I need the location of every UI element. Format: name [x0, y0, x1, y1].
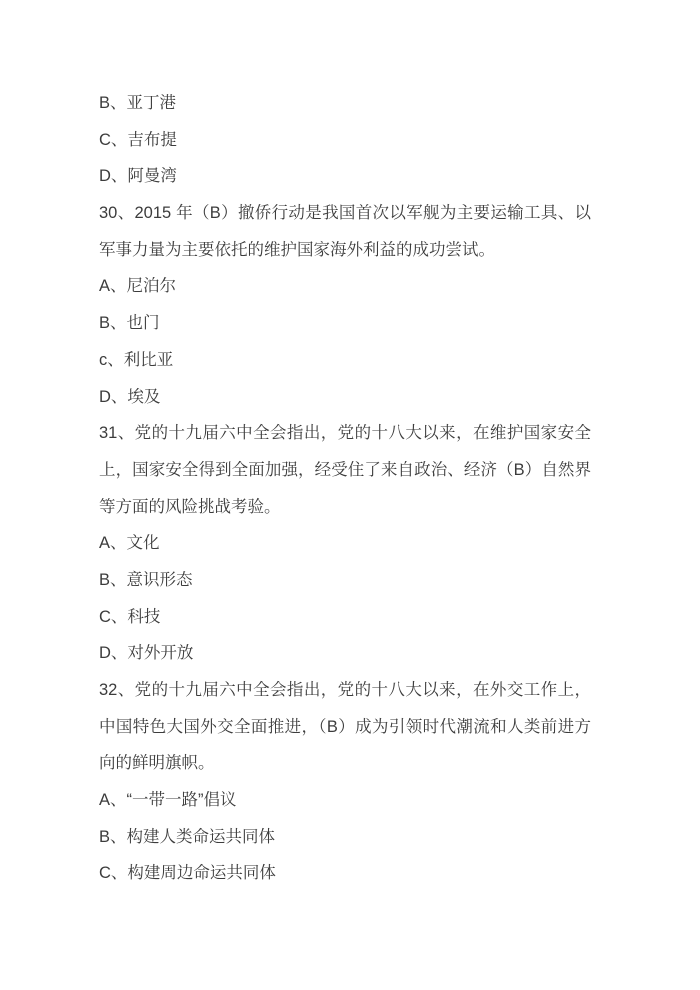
question-stem-line: 上，国家安全得到全面加强，经受住了来自政治、经济（B）自然界 — [99, 452, 591, 489]
question-stem-line: 31、党的十九届六中全会指出，党的十八大以来，在维护国家安全 — [99, 415, 591, 452]
question-stem-line: 32、党的十九届六中全会指出，党的十八大以来，在外交工作上， — [99, 672, 591, 709]
option-line: C、吉布提 — [99, 122, 591, 159]
question-stem-line: 向的鲜明旗帜。 — [99, 745, 591, 782]
option-line: A、“一带一路”倡议 — [99, 782, 591, 819]
option-line: B、亚丁港 — [99, 85, 591, 122]
option-line: c、利比亚 — [99, 342, 591, 379]
option-line: C、构建周边命运共同体 — [99, 855, 591, 892]
quiz-text-block: B、亚丁港 C、吉布提 D、阿曼湾 30、2015 年（B）撤侨行动是我国首次以… — [99, 85, 591, 892]
question-stem-line: 30、2015 年（B）撤侨行动是我国首次以军舰为主要运输工具、以 — [99, 195, 591, 232]
question-stem-line: 等方面的风险挑战考验。 — [99, 489, 591, 526]
option-line: D、埃及 — [99, 379, 591, 416]
option-line: B、构建人类命运共同体 — [99, 819, 591, 856]
question-stem-line: 中国特色大国外交全面推进，（B）成为引领时代潮流和人类前进方 — [99, 709, 591, 746]
previous-question-options: B、亚丁港 C、吉布提 D、阿曼湾 — [99, 85, 591, 195]
option-line: B、意识形态 — [99, 562, 591, 599]
option-line: A、文化 — [99, 525, 591, 562]
option-line: C、科技 — [99, 599, 591, 636]
document-page: B、亚丁港 C、吉布提 D、阿曼湾 30、2015 年（B）撤侨行动是我国首次以… — [0, 0, 700, 990]
question-32: 32、党的十九届六中全会指出，党的十八大以来，在外交工作上， 中国特色大国外交全… — [99, 672, 591, 892]
option-line: A、尼泊尔 — [99, 268, 591, 305]
option-line: D、阿曼湾 — [99, 158, 591, 195]
option-line: B、也门 — [99, 305, 591, 342]
question-stem-line: 军事力量为主要依托的维护国家海外利益的成功尝试。 — [99, 232, 591, 269]
question-30: 30、2015 年（B）撤侨行动是我国首次以军舰为主要运输工具、以 军事力量为主… — [99, 195, 591, 415]
question-31: 31、党的十九届六中全会指出，党的十八大以来，在维护国家安全 上，国家安全得到全… — [99, 415, 591, 672]
option-line: D、对外开放 — [99, 635, 591, 672]
